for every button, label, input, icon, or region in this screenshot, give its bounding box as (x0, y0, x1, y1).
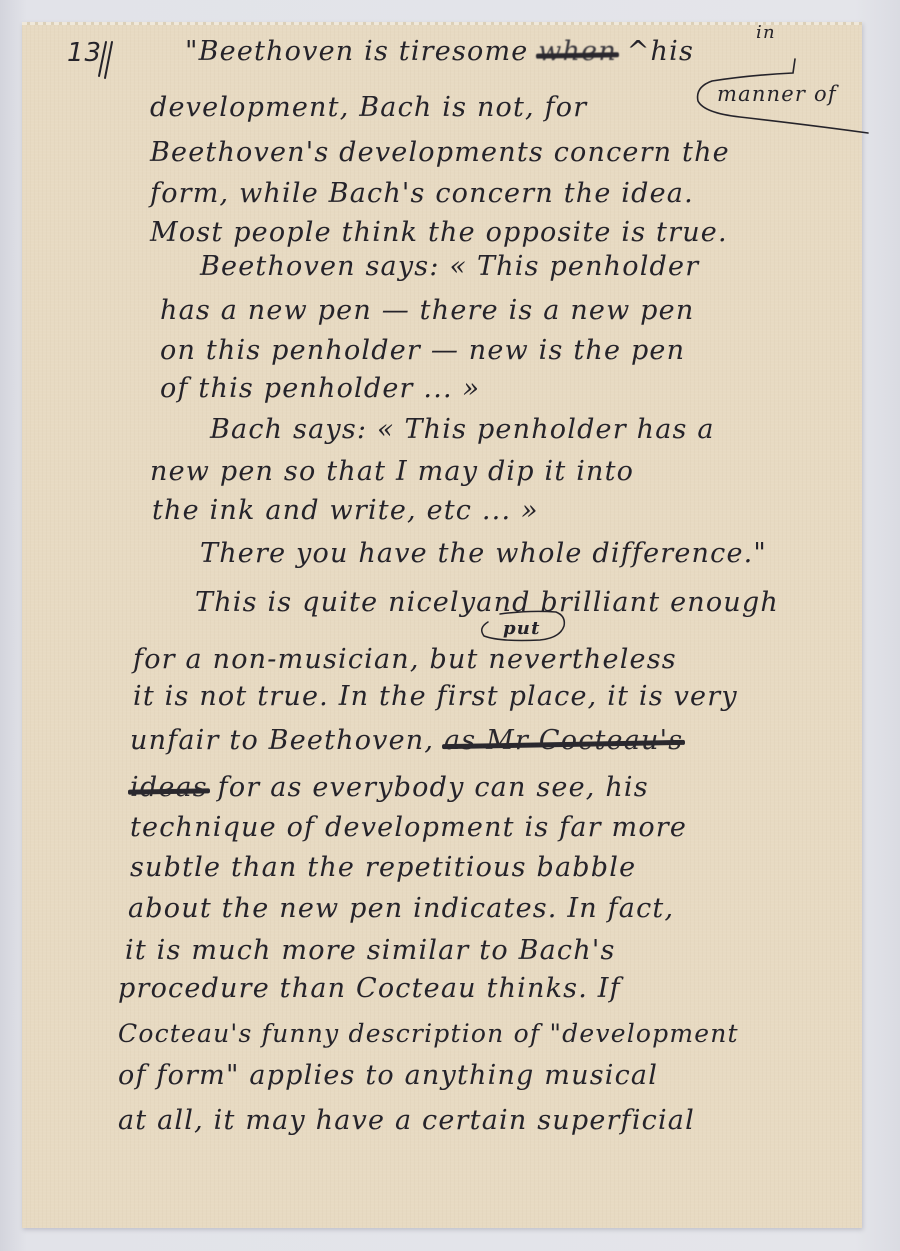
manuscript-line-16: it is not true. In the first place, it i… (133, 681, 738, 713)
manuscript-line-2: development, Bach is not, for (150, 92, 587, 124)
manuscript-line-1: "Beethoven is tiresome when ^his (185, 36, 694, 68)
insert-caret: ^ (627, 36, 651, 67)
manuscript-line-13: There you have the whole difference." (200, 538, 767, 570)
manuscript-line-10: Bach says: « This penholder has a (210, 414, 715, 446)
line-text-before: This is quite nicely (195, 587, 476, 618)
paper-top-edge (22, 22, 862, 25)
page-number-double-slash (96, 40, 116, 80)
line-text-after: his (651, 36, 694, 67)
manuscript-line-7: has a new pen — there is a new pen (160, 295, 694, 327)
manuscript-line-6: Beethoven says: « This penholder (200, 251, 699, 283)
manuscript-line-8: on this penholder — new is the pen (160, 335, 685, 367)
manuscript-line-20: subtle than the repetitious babble (130, 852, 636, 884)
margin-insertion: manner of (717, 82, 837, 106)
manuscript-line-17: unfair to Beethoven, as Mr Cocteau's (130, 725, 683, 757)
manuscript-line-11: new pen so that I may dip it into (150, 456, 634, 488)
manuscript-line-3: Beethoven's developments concern the (150, 137, 730, 169)
manuscript-line-9: of this penholder ... » (160, 373, 480, 405)
manuscript-line-14: This is quite nicelyand brilliant enough (195, 587, 779, 619)
manuscript-line-24: Cocteau's funny description of "developm… (118, 1018, 739, 1050)
manuscript-line-25: of form" applies to anything musical (118, 1060, 658, 1092)
manuscript-line-12: the ink and write, etc ... » (152, 495, 539, 527)
line-text-after: and brilliant enough (476, 587, 779, 618)
manuscript-line-4: form, while Bach's concern the idea. (150, 178, 694, 210)
struck-word: when (538, 36, 617, 68)
manuscript-line-21: about the new pen indicates. In fact, (128, 893, 674, 925)
manuscript-line-18: ideas for as everybody can see, his (130, 772, 649, 804)
struck-phrase: as Mr Cocteau's (444, 725, 683, 757)
manuscript-line-23: procedure than Cocteau thinks. If (118, 973, 621, 1005)
insertion-above: in (756, 22, 776, 43)
manuscript-line-19: technique of development is far more (130, 812, 687, 844)
line-text: "Beethoven is tiresome (185, 36, 528, 67)
line-text: for as everybody can see, his (218, 772, 649, 803)
struck-word: ideas (130, 772, 208, 804)
manuscript-line-5: Most people think the opposite is true. (150, 217, 728, 249)
manuscript-line-15: for a non-musician, but nevertheless (133, 644, 677, 676)
insertion-below: put (503, 618, 541, 639)
line-text: unfair to Beethoven, (130, 725, 434, 756)
manuscript-line-22: it is much more similar to Bach's (125, 935, 616, 967)
manuscript-line-26: at all, it may have a certain superficia… (118, 1105, 695, 1137)
